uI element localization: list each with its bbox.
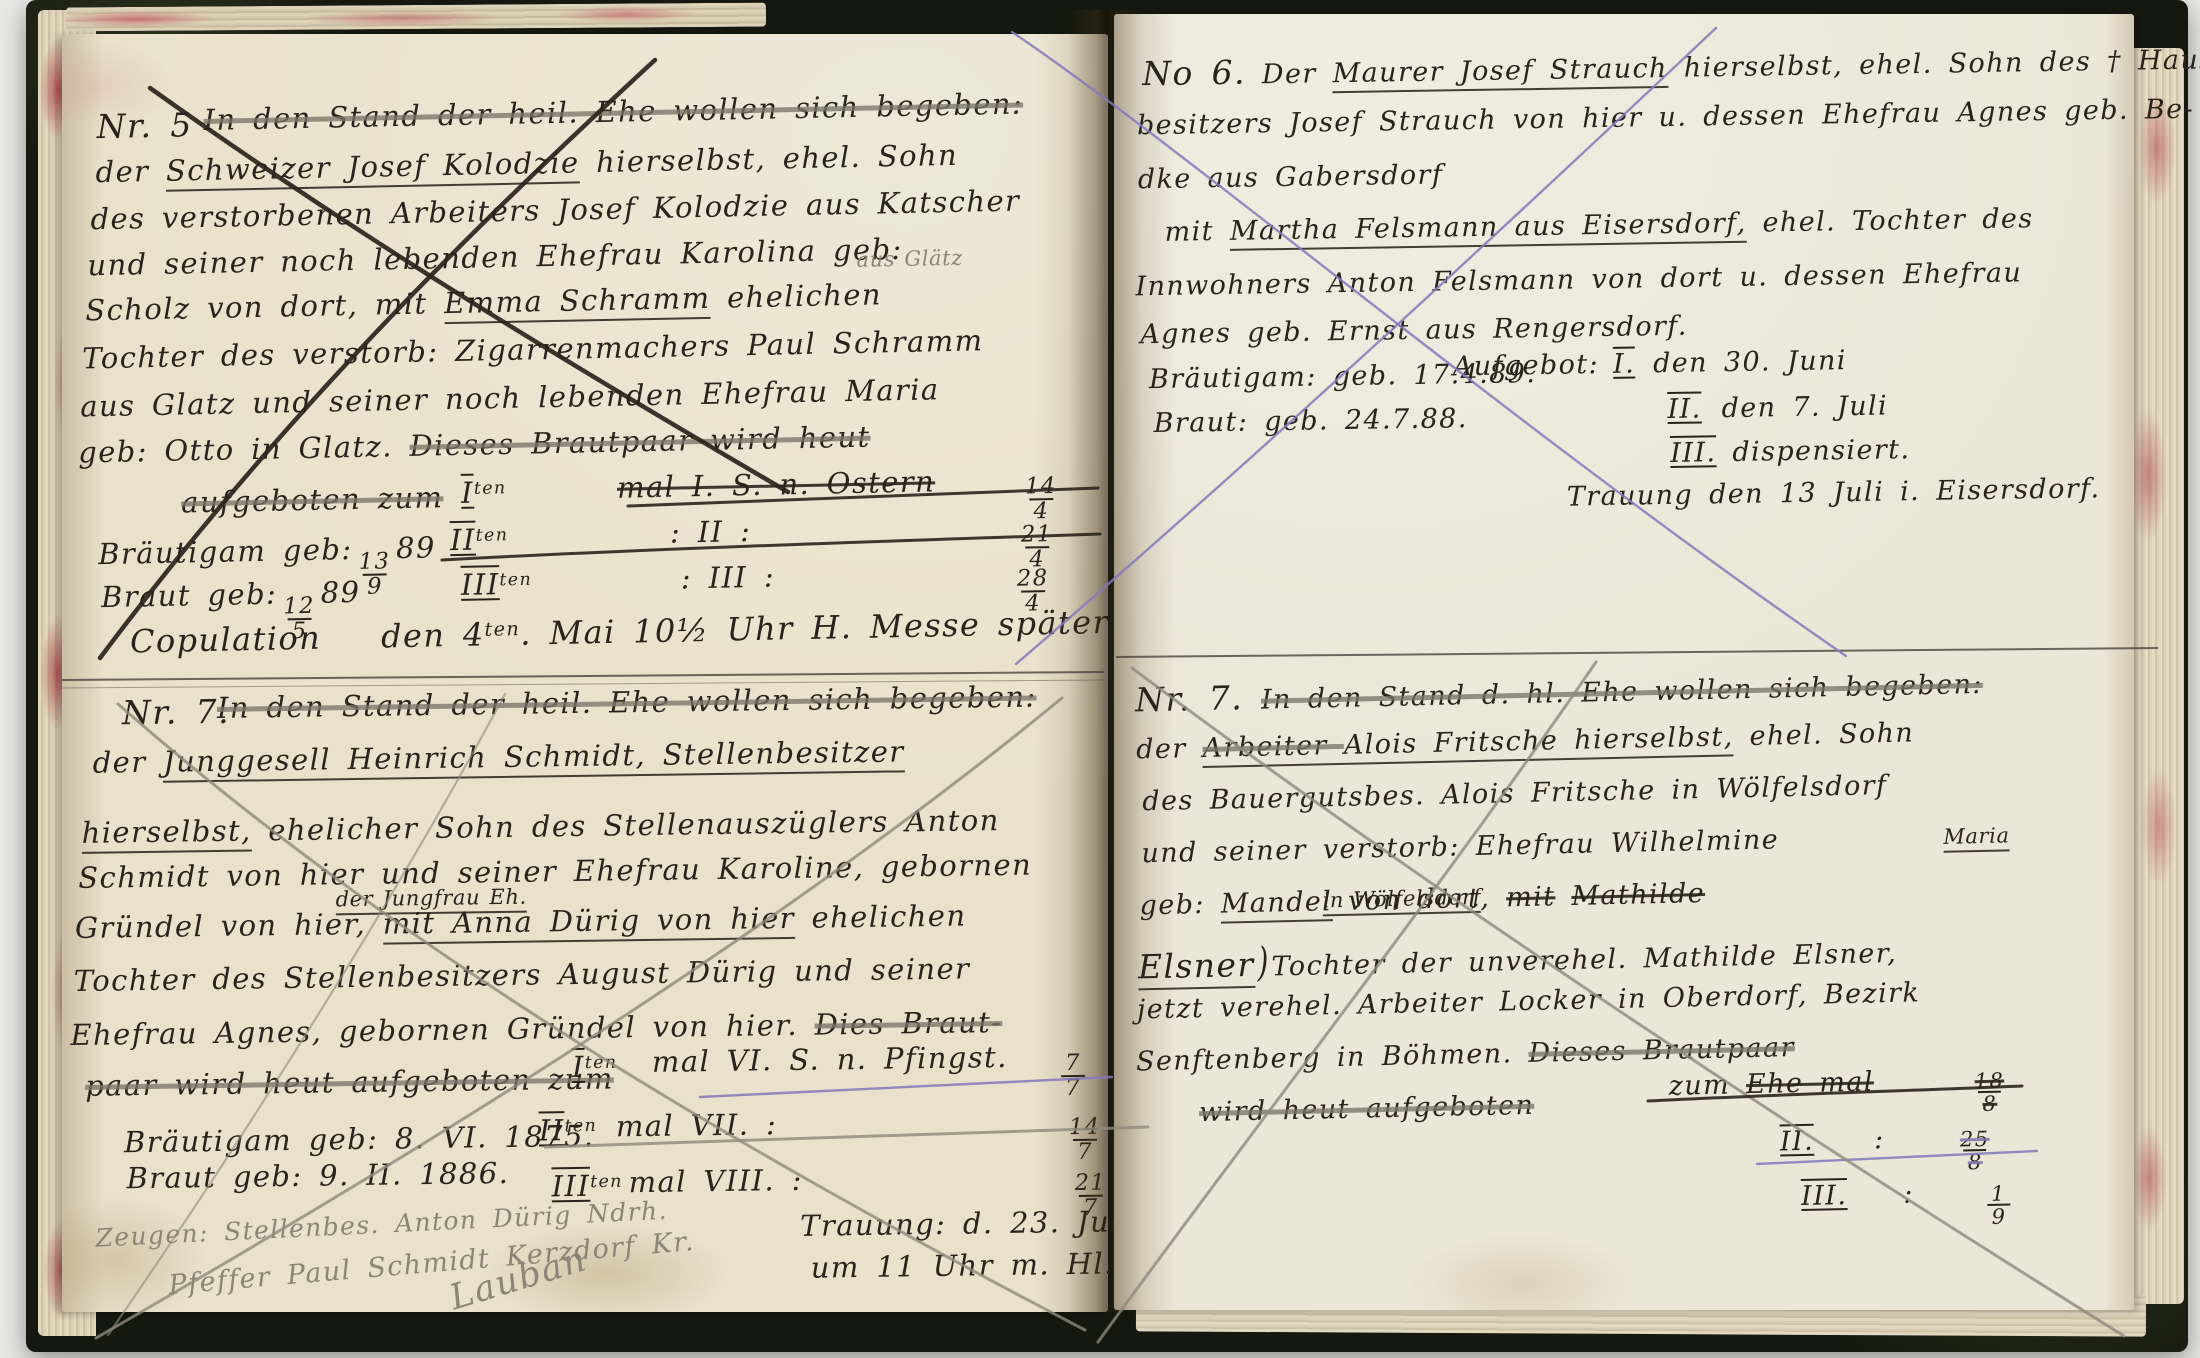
handwriting-segment: Senftenberg in Böhmen. [1136, 1038, 1529, 1078]
handwriting-segment: der [1136, 733, 1203, 765]
handwriting-line: und seiner verstorb: Ehefrau Wilhelmine [1141, 824, 1779, 869]
handwriting-line: hierselbst, ehelicher Sohn des Stellenau… [81, 803, 1000, 850]
banns-row-1-date: 77 [1055, 1033, 1092, 1101]
right-page: No 6.Der Maurer Josef Strauch hierselbst… [1114, 14, 2134, 1310]
ordinal-suffix: ten [585, 1053, 618, 1073]
left-page: Nr. 5 In den Stand der heil. Ehe wollen … [62, 34, 1108, 1312]
banns-row-3-date: 19 [1981, 1166, 2017, 1228]
handwriting-segment: Tochter der unverehel. Mathilde Elsner, [1271, 938, 1897, 983]
ordinal-suffix: ten [564, 1116, 597, 1136]
handwriting-segment [1555, 881, 1572, 912]
bride-birthdate-row: Braut geb: 9. II. 1886. [126, 1156, 509, 1195]
entry-intro-struck: In den Stand der heil. Ehe wollen sich b… [217, 680, 1037, 725]
fraction-numerator: 25 [1960, 1128, 1990, 1150]
banns-row-1-text: mal VI. S. n. Pfingst. [652, 1040, 1008, 1079]
entry-nr7-right: Nr. 7.In den Stand d. hl. Ehe wollen sic… [1099, 0, 2147, 1311]
handwriting-line: der Arbeiter Alois Fritsche hierselbst, … [1136, 717, 1915, 765]
handwriting-line: der Junggesell Heinrich Schmidt, Stellen… [92, 734, 904, 779]
handwriting-segment: : [1874, 1124, 1885, 1155]
banns-row-2-date: 258 [1953, 1112, 1996, 1174]
handwriting-segment: Stellenbesitzer [646, 734, 905, 772]
banns-row-3-text: mal VIII. : [628, 1163, 803, 1199]
handwriting-segment: ehelicher Sohn des Stellenauszüglers Ant… [251, 803, 1000, 847]
underlined-bride-surname: Elsner [1138, 945, 1255, 991]
banns-row-2-numeral: IIten [539, 1113, 598, 1148]
struck-date-fraction: 188 [1974, 1070, 2005, 1116]
groom-birthdate-row: Bräutigam geb: 8. VI. 1875. [124, 1119, 595, 1160]
brace-mark: ) [1256, 940, 1269, 986]
fraction-denominator: 9 [1987, 1204, 2010, 1228]
underlined-groom-name: Alois Fritsche hierselbst, [1343, 721, 1734, 764]
struck-text: Dieses Brautpaar [1528, 1032, 1795, 1069]
handwriting-line: Elsner)Tochter der unverehel. Mathilde E… [1137, 926, 1897, 989]
entry-number: Nr. 7. [122, 692, 230, 733]
roman-numeral: III [551, 1169, 590, 1204]
underlined-insert: in Wölfelsdorf [1322, 885, 1481, 916]
handwriting-segment: ehel. Sohn [1733, 717, 1914, 752]
banns-row-3: III.: [1801, 1179, 1914, 1212]
struck-text: paar wird heut aufgeboten zum [85, 1061, 614, 1102]
insert-above-line: in Wölfelsdorf [1322, 885, 1481, 912]
entry-number: Nr. 7. [1135, 678, 1244, 719]
banns-row-2-text: mal VII. : [616, 1107, 778, 1143]
roman-numeral: II. [1780, 1126, 1815, 1158]
fraction-numerator: 7 [1065, 1052, 1081, 1075]
handwriting-segment: geb: [1139, 889, 1221, 922]
roman-numeral: III. [1801, 1180, 1848, 1212]
underlined-bride-name: mit Anna Dürig von hier [382, 901, 795, 945]
struck-underlined-word: Arbeiter [1202, 730, 1344, 768]
banns-row-1: zum Ehe mal [1668, 1066, 1874, 1101]
struck-text: Dies Braut- [814, 1005, 1002, 1042]
struck-text: mit [1506, 881, 1556, 913]
wedding-date-row: Trauung: d. 23. Juli [800, 1204, 1132, 1243]
fraction-numerator: 14 [1069, 1116, 1101, 1140]
roman-numeral: I [572, 1050, 585, 1084]
handwriting-segment: Junggesell Heinrich Schmidt, [163, 738, 646, 779]
banns-row-1-numeral: Iten [572, 1049, 618, 1084]
banns-row-2: II.: [1780, 1124, 1885, 1157]
handwriting-line: Tochter des Stellenbesitzers August Düri… [73, 951, 970, 998]
underlined-name: Mandel [1220, 886, 1332, 923]
handwriting-line: Gründel von hier, mit Anna Dürig von hie… [75, 899, 967, 945]
handwriting-segment: Gründel von hier, [75, 907, 383, 945]
handwriting-segment: ehelichen [795, 899, 967, 935]
struck-text: Ehe mal [1746, 1066, 1874, 1100]
date-fraction: 77 [1061, 1052, 1085, 1100]
entry-nr7-left: Nr. 7. In den Stand der heil. Ehe wollen… [53, 21, 1117, 1313]
fraction-numerator: 18 [1974, 1070, 2004, 1092]
underlined-groom-name: Junggesell Heinrich Schmidt, Stellenbesi… [163, 734, 905, 782]
underlined-word: hierselbst, [81, 813, 252, 853]
handwriting-line: Schmidt von hier und seiner Ehefrau Karo… [78, 848, 1032, 895]
fraction-numerator: 21 [1074, 1172, 1106, 1196]
underlined-insert: Maria [1943, 823, 2010, 852]
handwriting-line: des Bauergutsbes. Alois Fritsche in Wölf… [1142, 770, 1888, 817]
struck-name: Mathilde [1571, 878, 1705, 912]
handwriting-segment: zum [1668, 1069, 1746, 1102]
entry-intro-struck: In den Stand d. hl. Ehe wollen sich bege… [1261, 669, 1983, 716]
handwriting-line: Nr. 7.In den Stand d. hl. Ehe wollen sic… [1135, 662, 1983, 719]
banns-row-1-date: 188 [1968, 1053, 2011, 1115]
struck-text: wird heut aufgeboten [1199, 1090, 1535, 1128]
fraction-numerator: 1 [1991, 1183, 2006, 1205]
insert-above-line: Maria [1943, 823, 2010, 848]
date-fraction: 19 [1987, 1182, 2011, 1227]
handwriting-segment: : [1903, 1179, 1914, 1210]
roman-numeral: II [539, 1113, 565, 1147]
ordinal-suffix: ten [590, 1172, 623, 1192]
handwriting-segment: der [92, 745, 163, 780]
